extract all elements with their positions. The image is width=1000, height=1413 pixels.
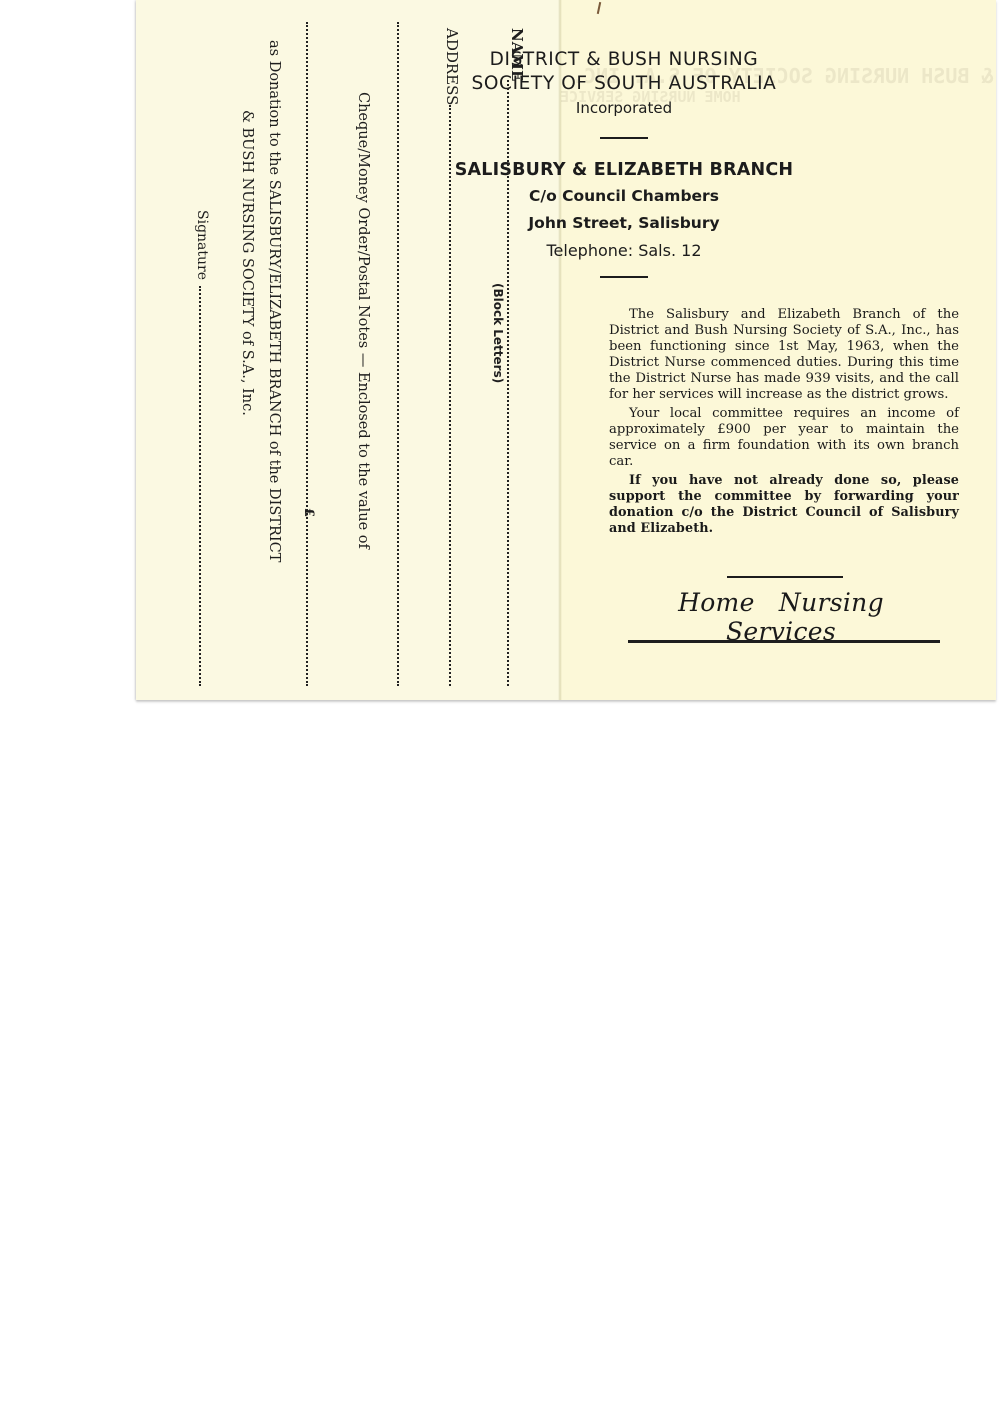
address-field-line-2[interactable] xyxy=(397,22,399,686)
donation-text-line-2: & BUSH NURSING SOCIETY of S.A., Inc. xyxy=(239,110,255,416)
divider-rule xyxy=(727,576,843,578)
payment-method-text: Cheque/Money Order/Postal Notes — Enclos… xyxy=(355,92,371,549)
block-letters-hint: (Block Letters) xyxy=(491,283,505,383)
divider-rule xyxy=(600,137,648,139)
paragraph-appeal: If you have not already done so, please … xyxy=(609,473,959,537)
name-field[interactable] xyxy=(507,80,509,686)
paragraph-income: Your local committee requires an income … xyxy=(609,406,959,470)
front-panel-header: DISTRICT & BUSH NURSING SOCIETY OF SOUTH… xyxy=(444,48,804,278)
body-text: The Salisbury and Elizabeth Branch of th… xyxy=(609,307,959,540)
telephone: Telephone: Sals. 12 xyxy=(444,237,804,264)
signature-label: Signature xyxy=(194,210,210,280)
branch-name: SALISBURY & ELIZABETH BRANCH xyxy=(444,157,804,183)
tagline-underline xyxy=(628,640,940,643)
name-label: NAME xyxy=(508,28,526,81)
org-name-line-1: DISTRICT & BUSH NURSING xyxy=(444,48,804,72)
address-line-2: John Street, Salisbury xyxy=(444,210,804,237)
incorporated-label: Incorporated xyxy=(444,97,804,119)
divider-rule xyxy=(600,276,648,278)
pound-symbol: £ xyxy=(301,508,316,517)
address-line-1: C/o Council Chambers xyxy=(444,183,804,210)
tagline: Home Nursing Services xyxy=(622,588,940,646)
donation-text-line-1: as Donation to the SALISBURY/ELIZABETH B… xyxy=(266,40,282,562)
org-name-line-2: SOCIETY OF SOUTH AUSTRALIA xyxy=(444,72,804,96)
amount-field[interactable] xyxy=(306,22,308,686)
address-label: ADDRESS xyxy=(443,28,461,105)
address-field[interactable] xyxy=(449,105,451,686)
signature-field[interactable] xyxy=(199,286,201,686)
paragraph-history: The Salisbury and Elizabeth Branch of th… xyxy=(609,307,959,403)
